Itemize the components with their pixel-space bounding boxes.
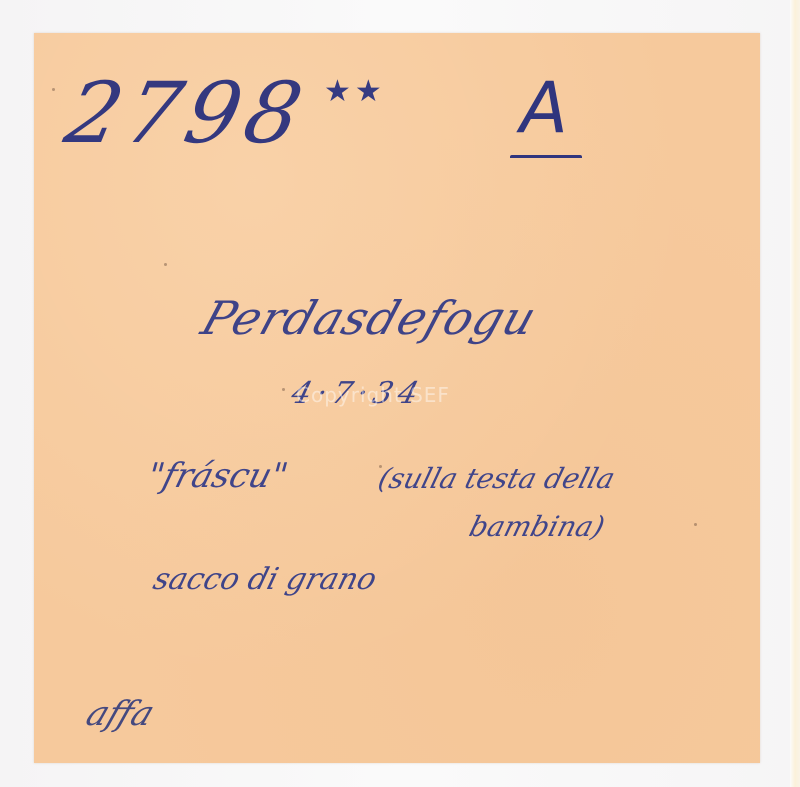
- adjacent-page-edge: [790, 0, 800, 787]
- locality-text: Perdasdefogu: [197, 295, 543, 341]
- copyright-watermark: Copyright SEF: [296, 383, 450, 407]
- paper-speck: [282, 388, 285, 391]
- series-letter: A: [520, 73, 568, 143]
- note-line-1: (sulla testa della: [375, 465, 617, 493]
- specimen-label-card: 2798 ★★ A Perdasdefogu 4·7·34 Copyright …: [34, 33, 760, 763]
- collector-initials: affa: [82, 697, 159, 731]
- paper-speck: [164, 263, 167, 266]
- sample-info: sacco di grano: [150, 565, 380, 595]
- catalog-number: 2798: [59, 71, 315, 155]
- paper-speck: [694, 523, 697, 526]
- scan-background: 2798 ★★ A Perdasdefogu 4·7·34 Copyright …: [0, 0, 800, 787]
- paper-speck: [52, 88, 55, 91]
- series-letter-underline: [510, 155, 582, 161]
- note-line-2: bambina): [466, 513, 607, 541]
- common-name: "fráscu": [143, 459, 291, 493]
- catalog-stars-mark: ★★: [324, 77, 386, 107]
